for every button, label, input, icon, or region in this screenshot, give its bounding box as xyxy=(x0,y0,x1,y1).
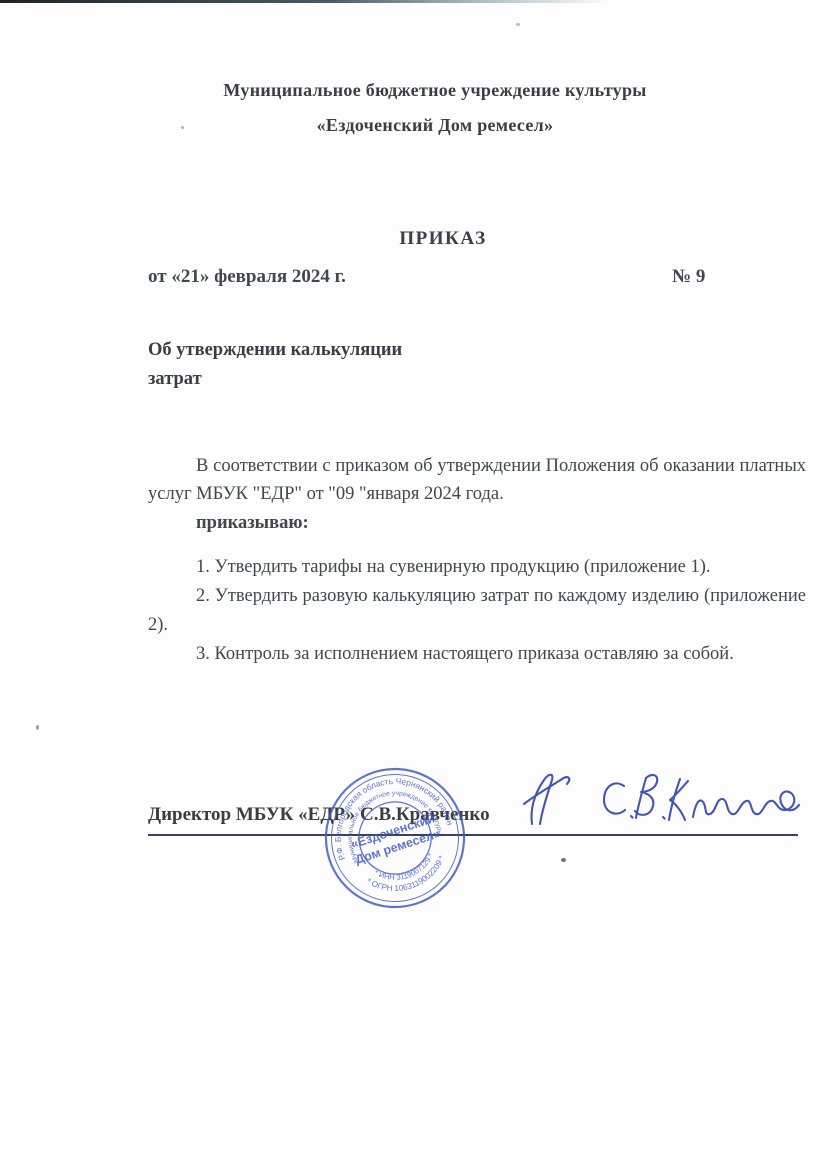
order-item-1: 1. Утвердить тарифы на сувенирную продук… xyxy=(148,553,806,582)
organization-name-line1: Муниципальное бюджетное учреждение культ… xyxy=(60,80,810,101)
scanned-order-document: Муниципальное бюджетное учреждение культ… xyxy=(0,0,826,1169)
organization-name-line2: «Ездоченский Дом ремесел» xyxy=(60,115,810,136)
resolution-word: приказываю: xyxy=(148,509,806,537)
order-date: от «21» февраля 2024 г. xyxy=(148,266,346,288)
subject-line1: Об утверждении калькуляции xyxy=(148,340,402,361)
body-paragraph: В соответствии с приказом об утверждении… xyxy=(148,452,806,508)
round-stamp: Р.Ф. Белгородская область Чернянский рай… xyxy=(285,728,505,948)
scan-speck xyxy=(516,23,520,26)
order-item-2: 2. Утвердить разовую калькуляцию затрат … xyxy=(148,582,806,640)
order-body: В соответствии с приказом об утверждении… xyxy=(148,452,806,669)
scan-speck xyxy=(36,725,39,730)
order-item-3: 3. Контроль за исполнением настоящего пр… xyxy=(148,640,806,669)
document-title: ПРИКАЗ xyxy=(30,228,826,250)
order-number: № 9 xyxy=(672,266,705,288)
scan-edge-artifact xyxy=(0,0,826,3)
subject-line2: затрат xyxy=(148,369,202,390)
handwritten-signature xyxy=(500,760,826,880)
